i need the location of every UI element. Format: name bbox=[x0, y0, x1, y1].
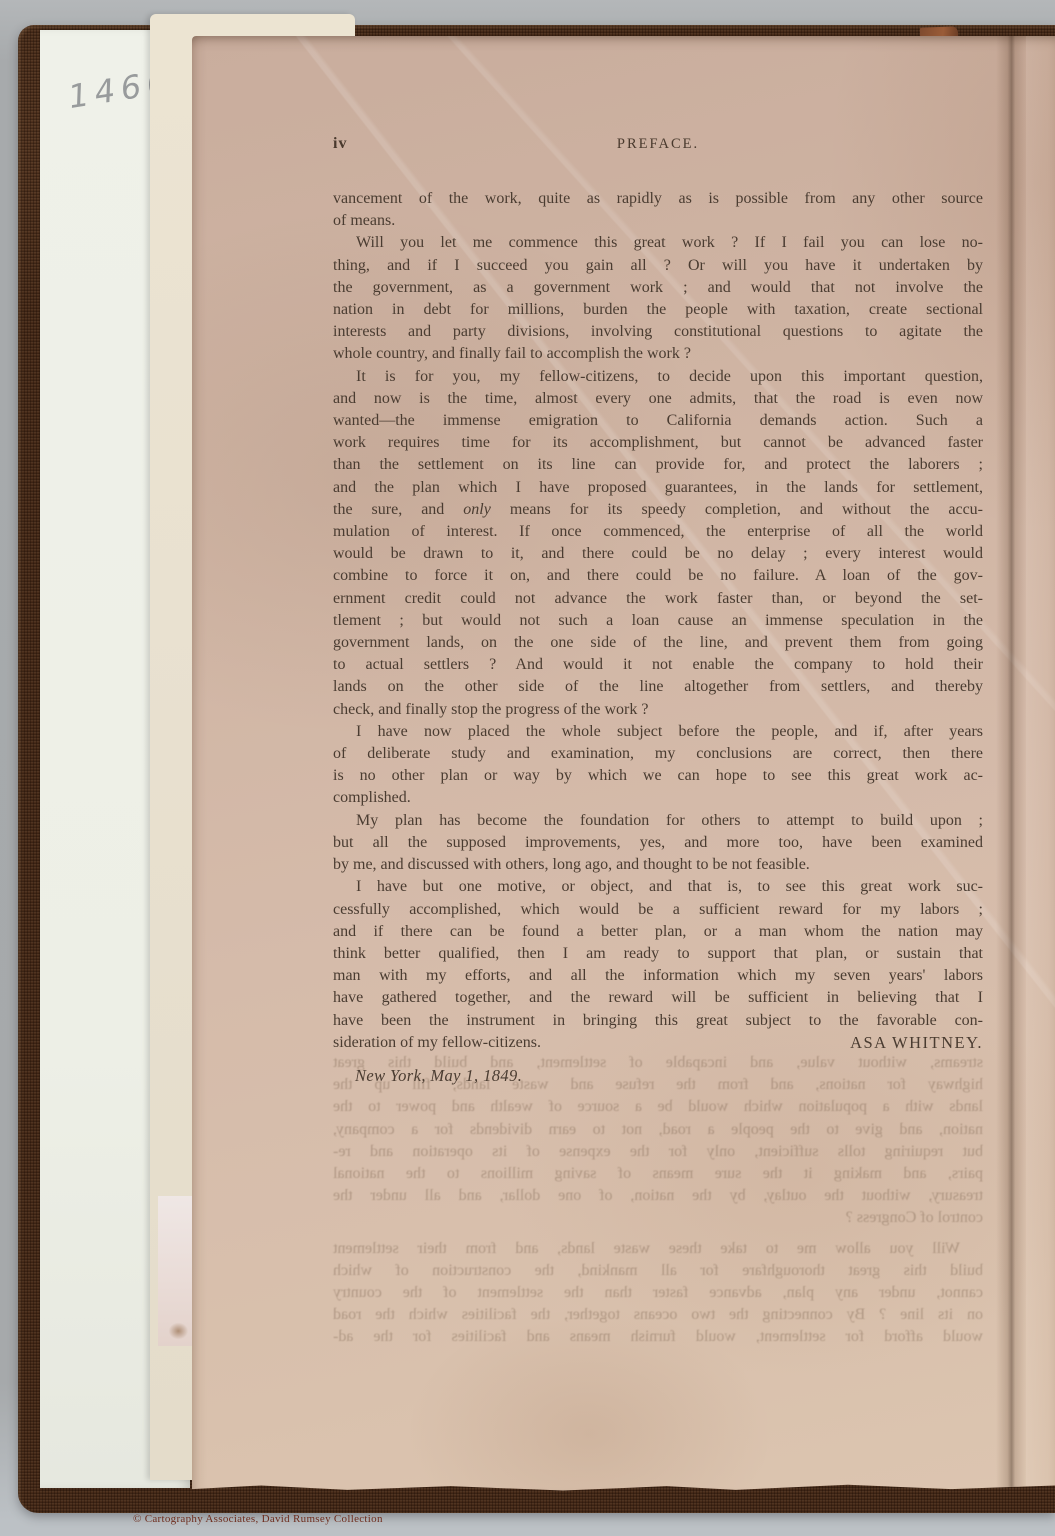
dateline: New York, May 1, 1849. bbox=[355, 1066, 522, 1086]
collection-credit: © Cartography Associates, David Rumsey C… bbox=[133, 1513, 383, 1525]
facing-page-edge bbox=[1026, 36, 1055, 1492]
text-line: think better qualified, then I am ready … bbox=[333, 943, 983, 965]
text-line: I have now placed the whole subject befo… bbox=[333, 721, 983, 743]
running-head: PREFACE. bbox=[617, 136, 699, 152]
show-through-text: streams, without value, and incapable of… bbox=[333, 1052, 983, 1349]
show-through-line: on its line ? By connecting the two ocea… bbox=[333, 1304, 983, 1326]
page-header: iv PREFACE. bbox=[333, 136, 983, 153]
show-through-line: nation, and give to the people a road, n… bbox=[333, 1119, 983, 1141]
text-line: and the plan which I have proposed guara… bbox=[333, 477, 983, 499]
text-line: but all the supposed improvements, yes, … bbox=[333, 832, 983, 854]
text-line: by me, and discussed with others, long a… bbox=[333, 854, 983, 876]
text-line: My plan has become the foundation for ot… bbox=[333, 810, 983, 832]
scanned-book-photo: 1466 iv PREFACE. vancement of the work, … bbox=[0, 0, 1055, 1536]
text-line: of deliberate study and examination, my … bbox=[333, 743, 983, 765]
text-line: work requires time for its accomplishmen… bbox=[333, 432, 983, 454]
text-line: I have but one motive, or object, and th… bbox=[333, 876, 983, 898]
text-line: is no other plan or way by which we can … bbox=[333, 765, 983, 787]
text-line: sideration of my fellow-citizens.ASA WHI… bbox=[333, 1032, 983, 1054]
text-line: of means. bbox=[333, 210, 983, 232]
text-line: cessfully accomplished, which would be a… bbox=[333, 899, 983, 921]
text-line: nation in debt for millions, burden the … bbox=[333, 299, 983, 321]
show-through-line: control of Congress ? bbox=[333, 1207, 983, 1229]
text-line: interests and party divisions, involving… bbox=[333, 321, 983, 343]
show-through-line: treasury, without the outlay, by the nat… bbox=[333, 1185, 983, 1207]
show-through-line: lands with a population which would be a… bbox=[333, 1096, 983, 1118]
show-through-line: cannot, under any plan, advance faster t… bbox=[333, 1282, 983, 1304]
text-line: ernment credit could not advance the wor… bbox=[333, 588, 983, 610]
page-stub bbox=[158, 1196, 192, 1346]
text-line: wanted—the immense emigration to Califor… bbox=[333, 410, 983, 432]
text-line: It is for you, my fellow-citizens, to de… bbox=[333, 366, 983, 388]
gutter-crease bbox=[996, 36, 1026, 1492]
text-line: lands on the other side of the line alto… bbox=[333, 676, 983, 698]
text-line: check, and finally stop the progress of … bbox=[333, 699, 983, 721]
text-line: would be drawn to it, and there could be… bbox=[333, 543, 983, 565]
text-line: and now is the time, almost every one ad… bbox=[333, 388, 983, 410]
text-line: the government, as a government work ; a… bbox=[333, 277, 983, 299]
body-text: vancement of the work, quite as rapidly … bbox=[333, 188, 983, 1054]
show-through-line: pairs, and making it the sure means of s… bbox=[333, 1163, 983, 1185]
preface-page: iv PREFACE. vancement of the work, quite… bbox=[192, 36, 1055, 1492]
text-line: government lands, on the one side of the… bbox=[333, 632, 983, 654]
show-through-line: Will you allow me to take these waste la… bbox=[333, 1238, 983, 1260]
text-line: vancement of the work, quite as rapidly … bbox=[333, 188, 983, 210]
text-line: complished. bbox=[333, 787, 983, 809]
show-through-line: build this great thoroughfare for all ma… bbox=[333, 1260, 983, 1282]
text-line: have gathered together, and the reward w… bbox=[333, 987, 983, 1009]
text-line: combine to force it on, and there could … bbox=[333, 565, 983, 587]
text-line: tlement ; but would not such a loan caus… bbox=[333, 610, 983, 632]
text-line: thing, and if I succeed you gain all ? O… bbox=[333, 255, 983, 277]
text-line: the sure, and only means for its speedy … bbox=[333, 499, 983, 521]
text-line: and if there can be found a better plan,… bbox=[333, 921, 983, 943]
text-line: Will you let me commence this great work… bbox=[333, 232, 983, 254]
text-line: mulation of interest. If once commenced,… bbox=[333, 521, 983, 543]
text-line: to actual settlers ? And would it not en… bbox=[333, 654, 983, 676]
text-line: have been the instrument in bringing thi… bbox=[333, 1010, 983, 1032]
folio-number: iv bbox=[333, 135, 347, 153]
text-line: man with my efforts, and all the informa… bbox=[333, 965, 983, 987]
text-line: than the settlement on its line can prov… bbox=[333, 454, 983, 476]
show-through-line: would afford for settlement, would furni… bbox=[333, 1326, 983, 1348]
text-line: whole country, and finally fail to accom… bbox=[333, 343, 983, 365]
show-through-line: but requiring tolls sufficient, only for… bbox=[333, 1141, 983, 1163]
